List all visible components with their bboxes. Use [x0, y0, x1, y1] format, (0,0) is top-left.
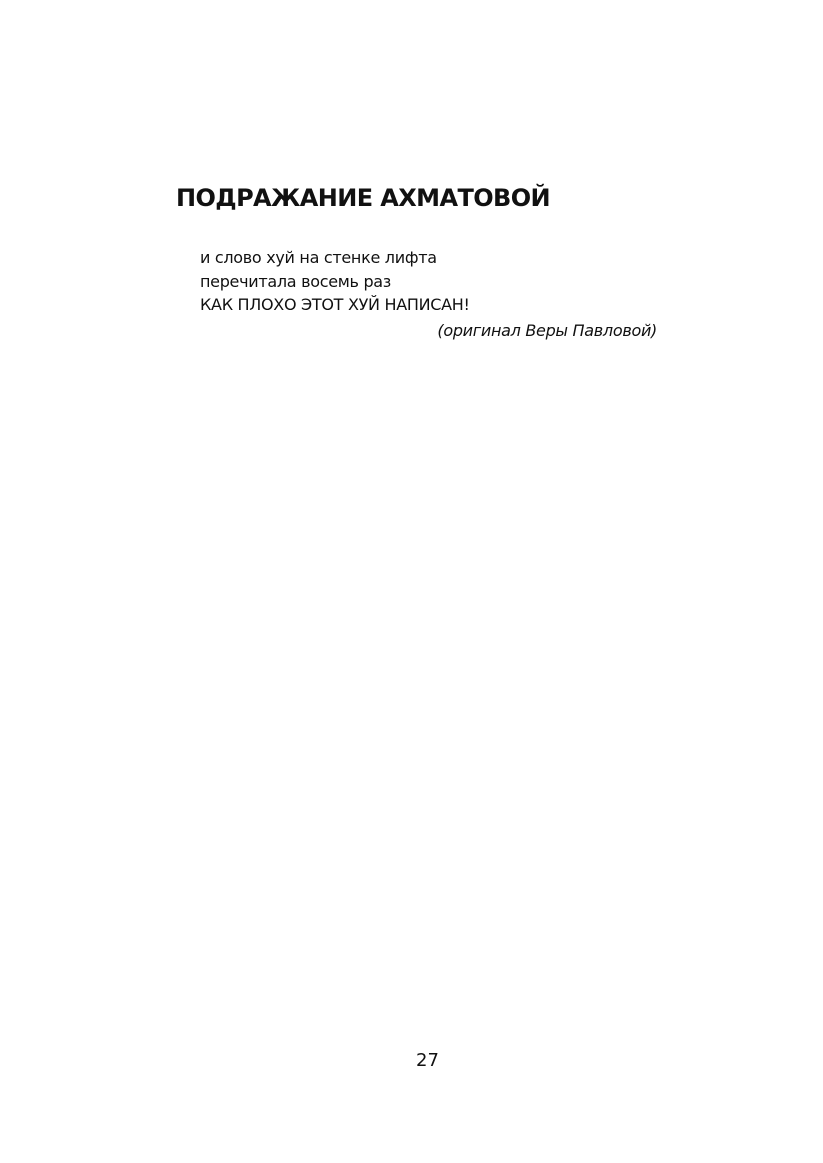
poem-line: и слово хуй на стенке лифта	[200, 246, 470, 270]
poem-line: перечитала восемь раз	[200, 270, 470, 294]
page-number: 27	[0, 1050, 823, 1071]
poem-line: КАК ПЛОХО ЭТОТ ХУЙ НАПИСАН!	[200, 293, 470, 317]
poem-title: ПОДРАЖАНИЕ АХМАТОВОЙ	[176, 184, 550, 212]
poem-body: и слово хуй на стенке лифта перечитала в…	[200, 246, 470, 317]
poem-attribution: (оригинал Веры Павловой)	[437, 321, 657, 340]
